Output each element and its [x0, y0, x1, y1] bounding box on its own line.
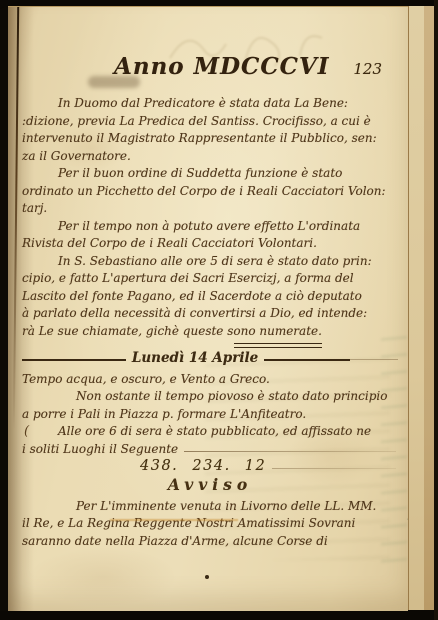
divider-rule-row: Lunedì 14 Aprile	[22, 351, 398, 369]
manuscript-line: rà Le sue chiamate, gichè queste sono nu…	[22, 323, 398, 341]
manuscript-text: Anno MDCCCVI 123 In Duomo dal Predicator…	[22, 58, 398, 550]
page-header: Anno MDCCCVI 123	[22, 58, 398, 92]
notice-line: Per L'imminente venuta in Livorno delle …	[22, 498, 398, 516]
page-edge-strip	[408, 6, 425, 610]
manuscript-line: i soliti Luoghi il Seguente	[22, 441, 398, 459]
manuscript-line: Lascito del fonte Pagano, ed il Sacerdot…	[22, 288, 398, 306]
manuscript-line: za il Governatore.	[22, 148, 398, 166]
manuscript-line: a porre i Pali in Piazza p. formare L'An…	[22, 406, 398, 424]
manuscript-line: Alle ore 6 di sera è stato pubblicato, e…	[22, 423, 398, 441]
manuscript-line: Rivista del Corpo de i Reali Cacciatori …	[22, 235, 398, 253]
manuscript-line-text: i soliti Luoghi il Seguente	[22, 441, 178, 459]
notice-line: saranno date nella Piazza d'Arme, alcune…	[22, 533, 398, 551]
figures-row: 438. 234. 12	[22, 458, 398, 476]
binding-edge	[0, 0, 8, 620]
manuscript-line: :dizione, previa La Predica del Santiss.…	[22, 113, 398, 131]
scan-border	[0, 0, 438, 6]
manuscript-line: Per il tempo non à potuto avere effetto …	[22, 218, 398, 236]
divider-rule-faint	[350, 359, 398, 360]
notice-line: il Re, e La Regina Reggente Nostri Amati…	[22, 515, 398, 533]
ink-rule	[184, 451, 396, 452]
scan-border	[0, 611, 438, 620]
manuscript-line: ordinato un Picchetto del Corpo de i Rea…	[22, 183, 398, 201]
section-divider: Lunedì 14 Aprile	[22, 343, 398, 369]
paper-stain	[28, 547, 178, 607]
manuscript-line: intervenuto il Magistrato Rappresentante…	[22, 130, 398, 148]
manuscript-line: Per il buon ordine di Suddetta funzione …	[22, 165, 398, 183]
manuscript-scan: Anno MDCCCVI 123 In Duomo dal Predicator…	[0, 0, 438, 620]
divider-double-rule	[234, 343, 322, 348]
divider-rule	[22, 359, 126, 361]
year-title: Anno MDCCCVI	[114, 58, 330, 76]
manuscript-line: cipio, e fatto L'apertura dei Sacri Eser…	[22, 270, 398, 288]
stray-ink-mark: (	[24, 424, 29, 439]
manuscript-line: à parlato della necessità di convertirsi…	[22, 305, 398, 323]
manuscript-line: In Duomo dal Predicatore è stata data La…	[22, 95, 398, 113]
entry-date-heading: Lunedì 14 Aprile	[126, 350, 264, 368]
weather-line: Tempo acqua, e oscuro, e Vento a Greco.	[22, 371, 398, 389]
show-through-underline	[110, 519, 238, 521]
page-edge-strip	[424, 6, 434, 610]
manuscript-line: In S. Sebastiano alle ore 5 di sera è st…	[22, 253, 398, 271]
figures-numbers: 438. 234. 12	[140, 458, 266, 476]
scan-border	[434, 0, 438, 620]
notice-heading: Avviso	[22, 476, 398, 498]
corner-fold	[0, 0, 20, 9]
folio-number: 123	[353, 61, 382, 79]
ink-dot	[205, 575, 209, 579]
manuscript-line: Non ostante il tempo piovoso è stato dat…	[22, 388, 398, 406]
divider-rule	[264, 359, 350, 361]
ink-rule-faint	[272, 468, 396, 469]
manuscript-line: tarj.	[22, 200, 398, 218]
